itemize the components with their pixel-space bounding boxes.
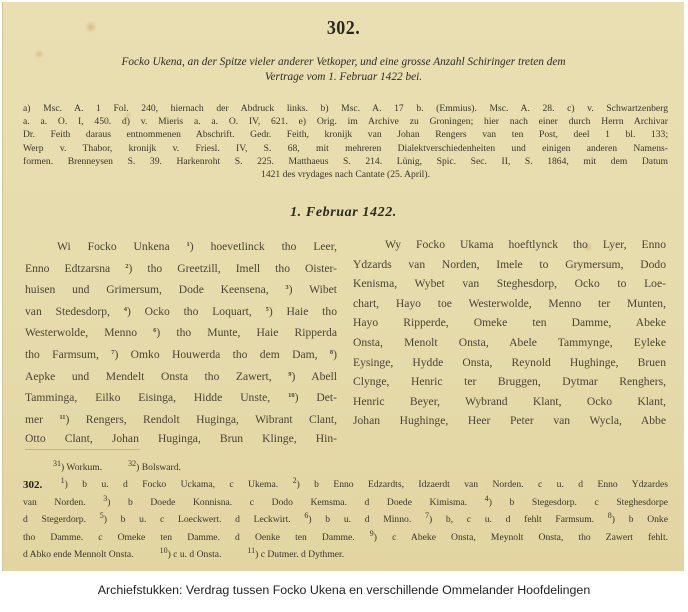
text-line: Aepke und Mendelt Onsta tho Zawert, 9) A… bbox=[25, 365, 337, 387]
document-summary: Focko Ukena, an der Spitze vieler andere… bbox=[17, 55, 670, 85]
source-line: Dr. Feith daraus entnommenen Abschrift. … bbox=[23, 128, 668, 141]
text-line: Wy Focko Ukama hoeftlynck tho Lyer, Enno bbox=[353, 235, 666, 255]
text-line: Ydzards van Norden, Imele to Grymersum, … bbox=[353, 255, 666, 275]
footnotes: 31) Workum.32) Bolsward. 302. 1) b u. d … bbox=[23, 457, 668, 561]
footnote-line: 31) Workum.32) Bolsward. bbox=[23, 457, 668, 474]
text-line: Eysinge, Hydde Onsta, Reynold Hughinge, … bbox=[353, 353, 666, 373]
source-line: Werp v. Thabor, kronijk v. Friesl. IV, S… bbox=[23, 142, 668, 155]
right-column-text: Wy Focko Ukama hoeftlynck tho Lyer, Enno… bbox=[353, 235, 666, 431]
text-line: van Stedesdorp, 4) Ocko tho Loquart, 5) … bbox=[25, 300, 337, 322]
text-line: Hayo Ripperde, Omeke ten Damme, Abeke bbox=[353, 313, 666, 333]
text-line: Westerwolde, Menno 6) tho Munte, Haie Ri… bbox=[25, 321, 337, 343]
text-line: huisen und Grimersum, Dode Keensena, 3) … bbox=[25, 278, 337, 300]
footnote-divider bbox=[25, 449, 140, 450]
text-line: tho Farmsum, 7) Omko Houwerda tho dem Da… bbox=[25, 343, 337, 365]
text-line: Tamminga, Eilko Eisinga, Hidde Unste, 10… bbox=[25, 386, 337, 408]
scanned-page: 302. Focko Ukena, an der Spitze vieler a… bbox=[2, 2, 684, 571]
footnote-line: d Abko ende Mennolt Onsta.10) c u. d Ons… bbox=[23, 544, 668, 561]
text-line: Clynge, Henric ter Bruggen, Dytmar Rengh… bbox=[353, 372, 666, 392]
source-line: a. a. O. I, 450. d) v. Mieris a. a. O. I… bbox=[23, 115, 668, 128]
text-line: Onsta, Menolt Onsta, Abele Tammynge, Eyl… bbox=[353, 333, 666, 353]
footnote-line: d Stegerdorp. 5) b u. c Loeckwert. d Lec… bbox=[23, 509, 668, 526]
text-line: Wi Focko Unkena 1) hoevetlinck tho Leer, bbox=[25, 235, 337, 257]
source-line: formen. Brenneysen S. 39. Harkenroht S. … bbox=[23, 155, 668, 168]
summary-line: Vertrage vom 1. Februar 1422 bei. bbox=[17, 70, 670, 85]
footnote-line: tho Damme. c Omeke ten Damme. d Oenke te… bbox=[23, 527, 668, 544]
left-column-text: Wi Focko Unkena 1) hoevetlinck tho Leer,… bbox=[25, 235, 337, 449]
source-line: 1421 des vrydages nach Cantate (25. Apri… bbox=[23, 168, 668, 181]
source-references: a) Msc. A. 1 Fol. 240, hiernach der Abdr… bbox=[23, 102, 668, 181]
text-line: chart, Hayo toe Westerwolde, Menno ter M… bbox=[353, 294, 666, 314]
text-line: Johan Hughinge, Heer Peter van Wycla, Ab… bbox=[353, 411, 666, 431]
text-line: Kenisma, Wybet van Steghesdorp, Ocko to … bbox=[353, 274, 666, 294]
footnote-doc-number: 302. bbox=[23, 479, 42, 491]
footnote-line: van Norden. 3) b Doede Konnisna. c Dodo … bbox=[23, 492, 668, 509]
document-number: 302. bbox=[37, 17, 650, 40]
text-line: Henric Beyer, Wybrand Klant, Ocko Klant, bbox=[353, 392, 666, 412]
text-line: Enno Edtzarsna 2) tho Greetzill, Imell t… bbox=[25, 257, 337, 279]
text-line: mer 11) Rengers, Rendolt Huginga, Wibran… bbox=[25, 408, 337, 430]
source-line: a) Msc. A. 1 Fol. 240, hiernach der Abdr… bbox=[23, 102, 668, 115]
text-line: Otto Clant, Johan Huginga, Brun Klinge, … bbox=[25, 429, 337, 449]
summary-line: Focko Ukena, an der Spitze vieler andere… bbox=[17, 55, 670, 70]
date-heading: 1. Februar 1422. bbox=[3, 205, 684, 221]
image-caption: Archiefstukken: Verdrag tussen Focko Uke… bbox=[0, 583, 688, 597]
footnote-line: 302. 1) b u. d Focko Uckama, c Ukema. 2)… bbox=[23, 474, 668, 491]
